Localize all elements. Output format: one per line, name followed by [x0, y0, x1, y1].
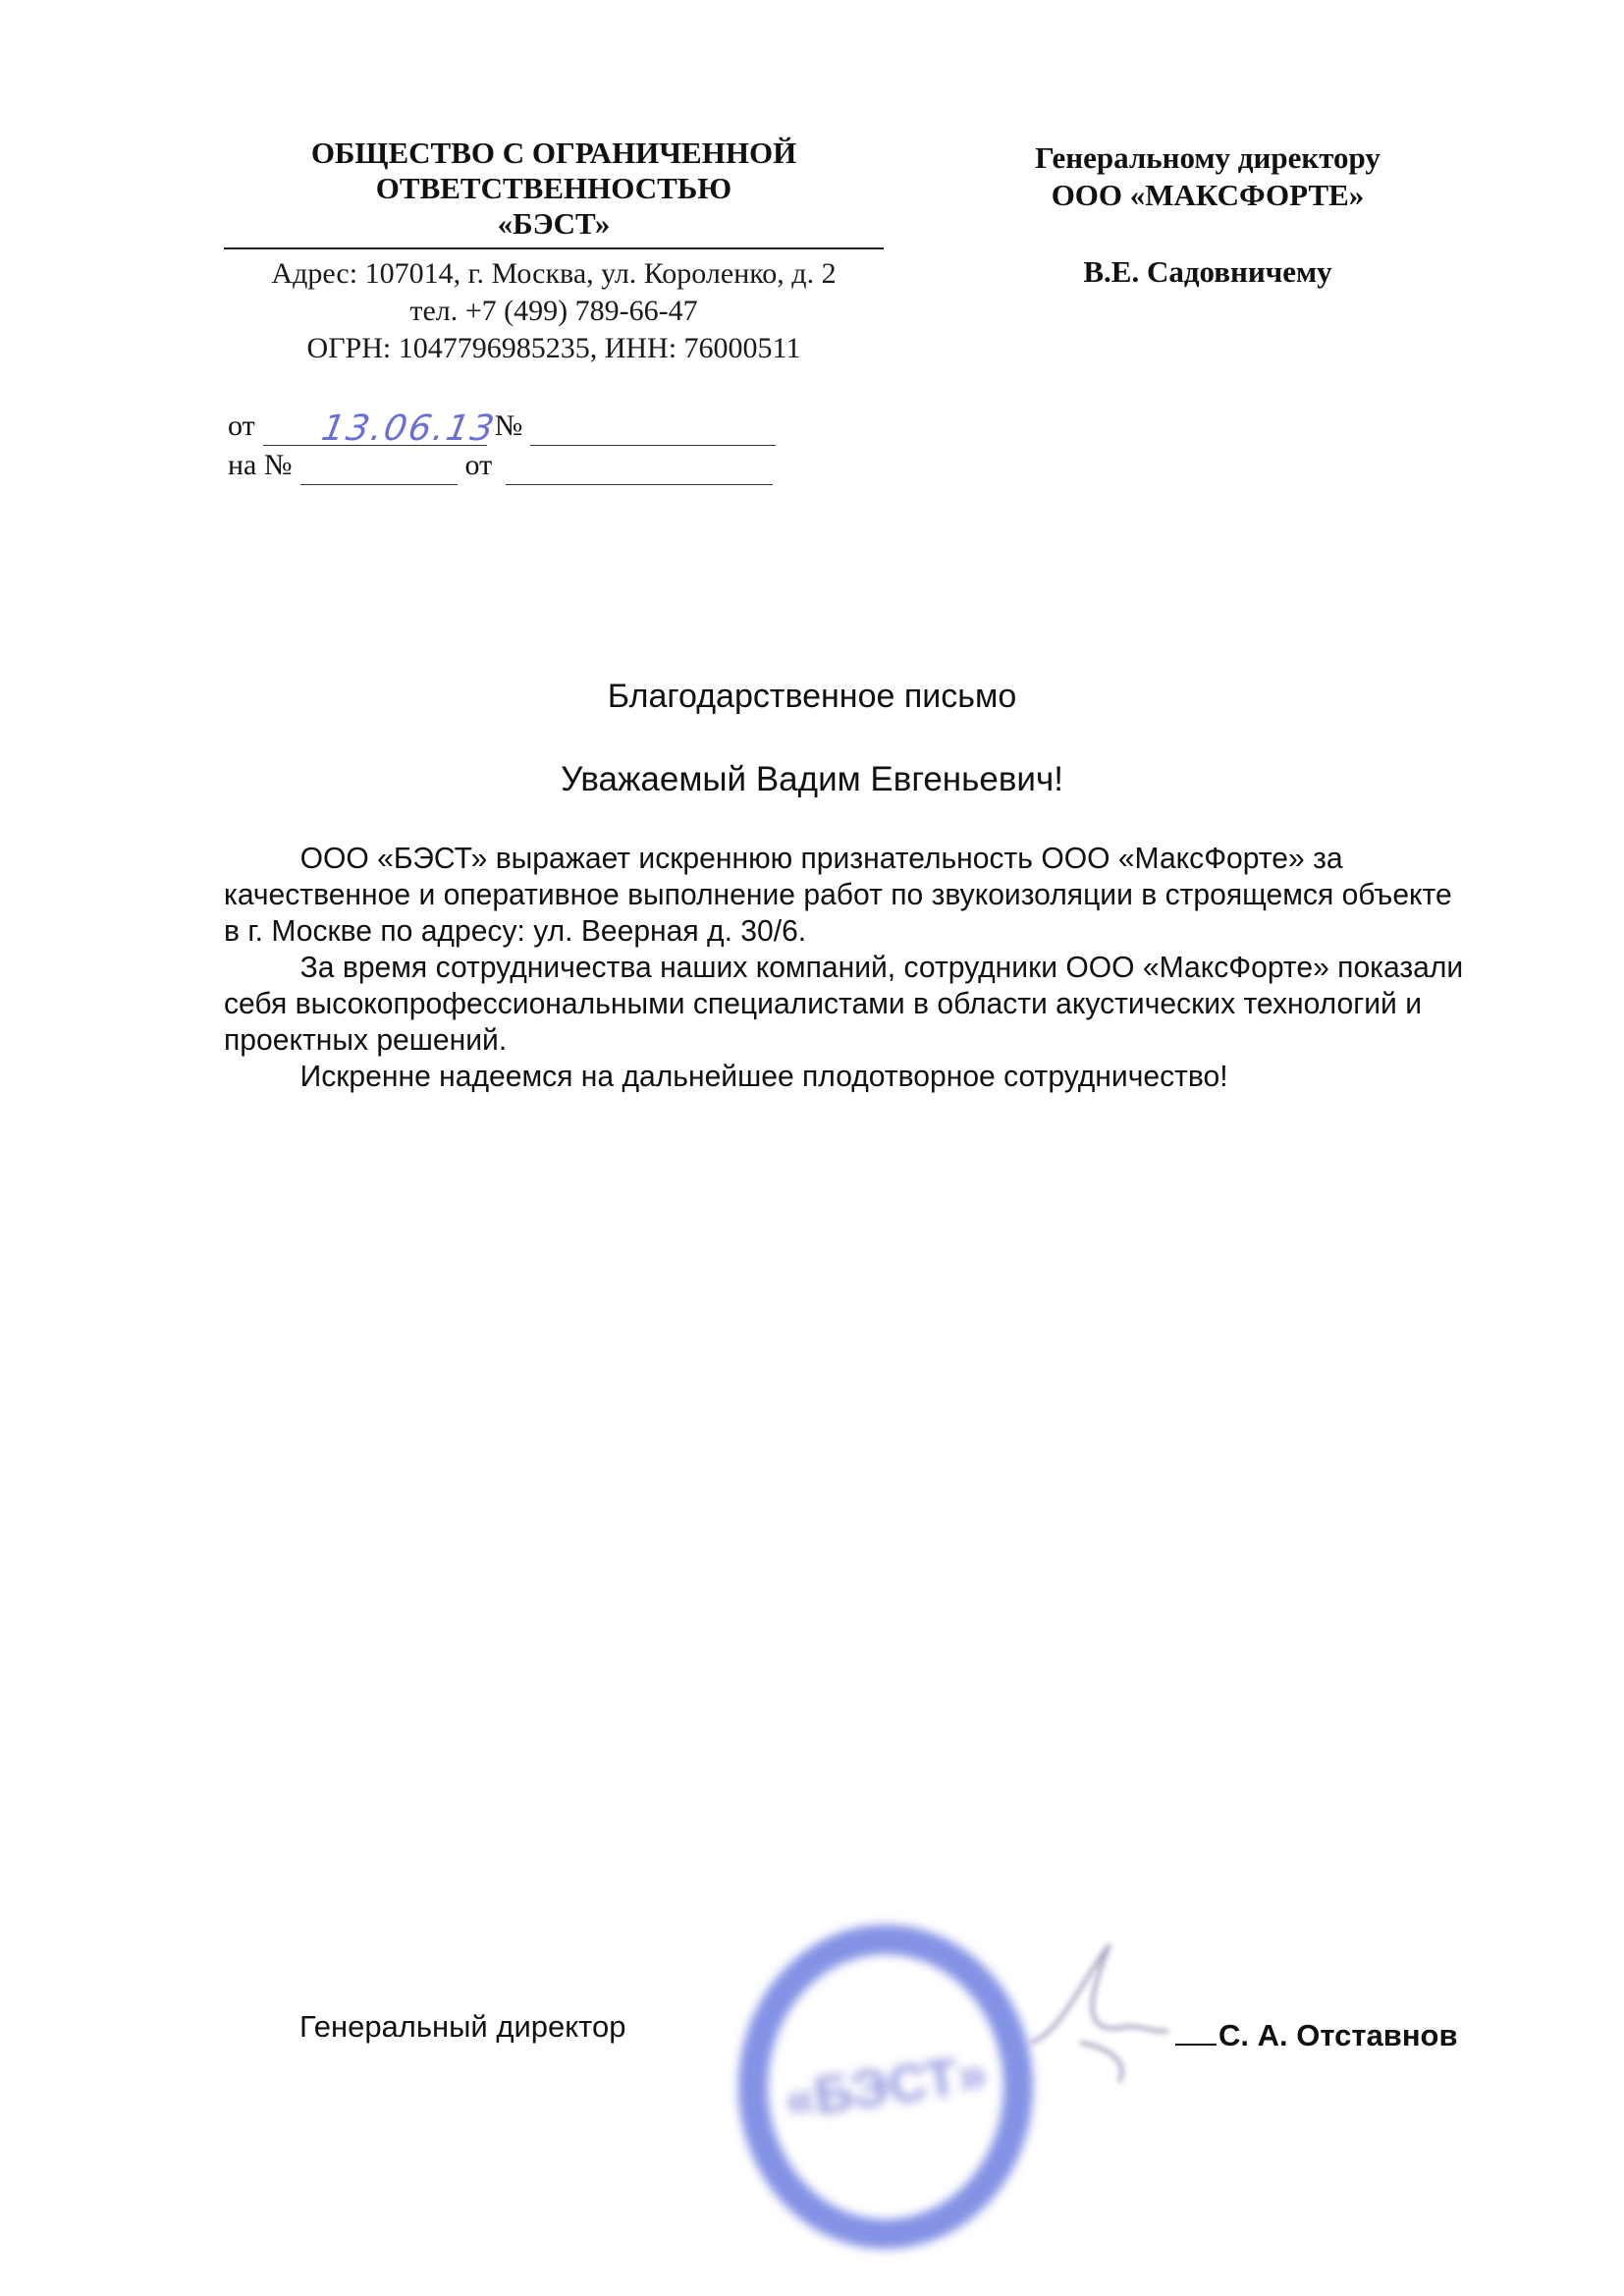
incoming-ref-row: на № от	[228, 446, 784, 485]
header-divider	[224, 247, 884, 249]
from-label: от	[228, 407, 255, 446]
reply-to-label: на №	[228, 446, 293, 485]
signatory-name-block: С. А. Отставнов	[1175, 2018, 1458, 2053]
letter-salutation: Уважаемый Вадим Евгеньевич!	[0, 760, 1624, 799]
body-paragraph: Искренне надеемся на дальнейшее плодотво…	[224, 1058, 1472, 1094]
sender-registration: ОГРН: 1047796985235, ИНН: 76000511	[224, 330, 884, 367]
sender-org-line1: ОБЩЕСТВО С ОГРАНИЧЕННОЙ	[224, 136, 884, 171]
handwritten-date: 13.06.13	[318, 410, 498, 449]
recipient-line1: Генеральному директору	[992, 139, 1424, 177]
sender-block: ОБЩЕСТВО С ОГРАНИЧЕННОЙ ОТВЕТСТВЕННОСТЬЮ…	[224, 136, 884, 367]
signature-scribble-icon	[1021, 1925, 1178, 2102]
company-stamp: «БЭСТ»	[738, 1925, 1033, 2249]
reply-number-field	[300, 455, 458, 485]
stamp-text: «БЭСТ»	[781, 2043, 990, 2131]
body-paragraph: ООО «БЭСТ» выражает искреннюю признатель…	[224, 840, 1472, 949]
outgoing-ref-row: от 13.06.13 №	[228, 407, 784, 446]
sender-org-line2: ОТВЕТСТВЕННОСТЬЮ	[224, 171, 884, 206]
signature-line	[1175, 2044, 1217, 2046]
recipient-line2: ООО «МАКСФОРТЕ»	[992, 177, 1424, 214]
date-field: 13.06.13	[263, 415, 487, 446]
letter-title: Благодарственное письмо	[0, 678, 1624, 716]
recipient-block: Генеральному директору ООО «МАКСФОРТЕ» В…	[992, 139, 1424, 291]
body-paragraph: За время сотрудничества наших компаний, …	[224, 949, 1472, 1058]
reply-from-label: от	[465, 446, 493, 485]
letter-body: ООО «БЭСТ» выражает искреннюю признатель…	[224, 840, 1472, 1094]
recipient-name: В.Е. Садовничему	[992, 253, 1424, 291]
reply-date-field	[506, 455, 773, 485]
number-field	[530, 415, 776, 446]
signatory-position: Генеральный директор	[299, 2009, 626, 2045]
signatory-name: С. А. Отставнов	[1218, 2018, 1458, 2052]
sender-address: Адрес: 107014, г. Москва, ул. Короленко,…	[224, 255, 884, 293]
number-label: №	[495, 407, 523, 446]
sender-phone: тел. +7 (499) 789-66-47	[224, 293, 884, 330]
sender-org-name: «БЭСТ»	[224, 206, 884, 242]
reference-block: от 13.06.13 № на № от	[228, 407, 784, 485]
